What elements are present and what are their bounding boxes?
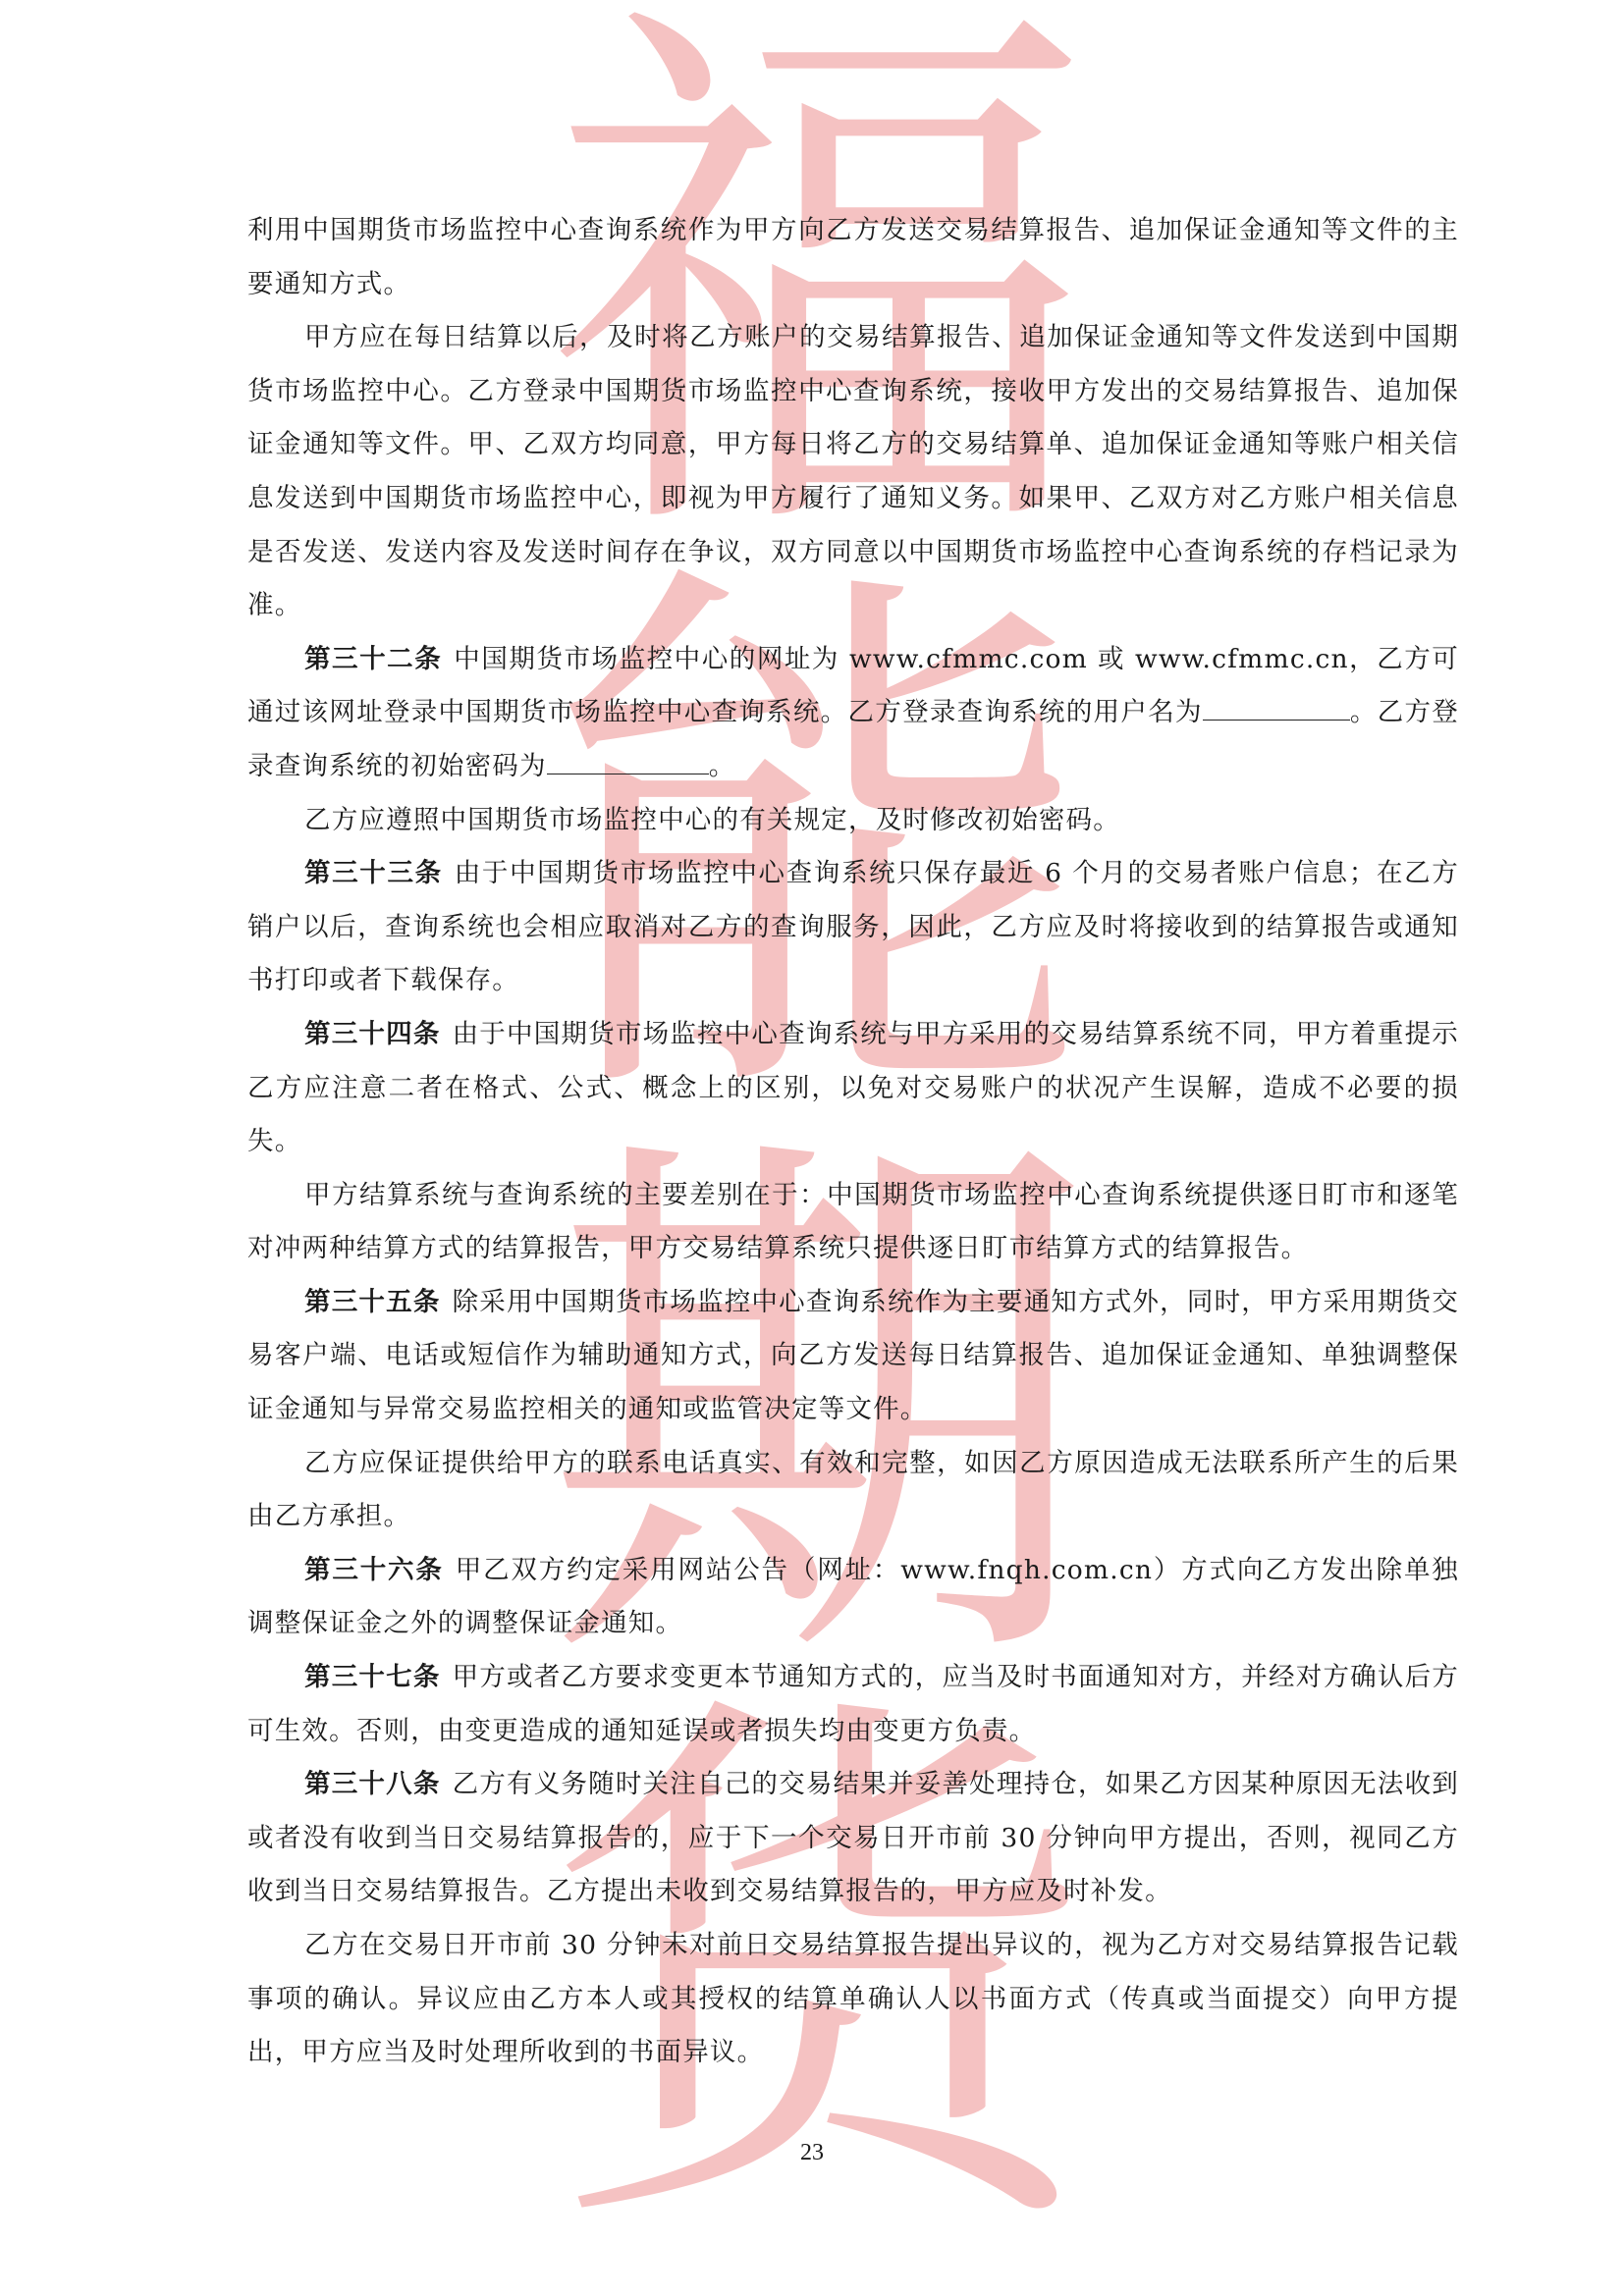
paragraph-text: 利用中国期货市场监控中心查询系统作为甲方向乙方发送交易结算报告、追加保证金通知等… xyxy=(247,215,1459,299)
username-blank-field[interactable] xyxy=(1203,698,1350,721)
article-heading: 第三十六条 xyxy=(304,1555,444,1585)
article-heading: 第三十七条 xyxy=(304,1662,441,1692)
password-blank-field[interactable] xyxy=(547,752,709,774)
paragraph: 乙方应遵照中国期货市场监控中心的有关规定，及时修改初始密码。 xyxy=(247,794,1459,848)
paragraph: 甲方应在每日结算以后，及时将乙方账户的交易结算报告、追加保证金通知等文件发送到中… xyxy=(247,311,1459,633)
article-36: 第三十六条甲乙双方约定采用网站公告（网址：www.fnqh.com.cn）方式向… xyxy=(247,1544,1459,1651)
article-heading: 第三十八条 xyxy=(304,1769,441,1799)
document-body: 利用中国期货市场监控中心查询系统作为甲方向乙方发送交易结算报告、追加保证金通知等… xyxy=(247,204,1459,2080)
paragraph-text: 乙方应遵照中国期货市场监控中心的有关规定，及时修改初始密码。 xyxy=(304,805,1120,835)
paragraph-text: 乙方在交易日开市前 30 分钟未对前日交易结算报告提出异议的，视为乙方对交易结算… xyxy=(247,1930,1459,2067)
article-35: 第三十五条除采用中国期货市场监控中心查询系统作为主要通知方式外，同时，甲方采用期… xyxy=(247,1276,1459,1437)
paragraph-text: 甲方结算系统与查询系统的主要差别在于：中国期货市场监控中心查询系统提供逐日盯市和… xyxy=(247,1180,1459,1264)
paragraph: 乙方在交易日开市前 30 分钟未对前日交易结算报告提出异议的，视为乙方对交易结算… xyxy=(247,1919,1459,2080)
article-heading: 第三十五条 xyxy=(304,1287,441,1317)
paragraph-text: 。 xyxy=(709,751,736,781)
article-heading: 第三十四条 xyxy=(304,1019,441,1049)
page-number: 23 xyxy=(0,2140,1624,2166)
article-38: 第三十八条乙方有义务随时关注自己的交易结果并妥善处理持仓，如果乙方因某种原因无法… xyxy=(247,1758,1459,1919)
paragraph-text: 乙方应保证提供给甲方的联系电话真实、有效和完整，如因乙方原因造成无法联系所产生的… xyxy=(247,1448,1459,1532)
paragraph: 乙方应保证提供给甲方的联系电话真实、有效和完整，如因乙方原因造成无法联系所产生的… xyxy=(247,1437,1459,1544)
paragraph: 甲方结算系统与查询系统的主要差别在于：中国期货市场监控中心查询系统提供逐日盯市和… xyxy=(247,1169,1459,1276)
article-32: 第三十二条中国期货市场监控中心的网址为 www.cfmmc.com 或 www.… xyxy=(247,633,1459,794)
article-heading: 第三十二条 xyxy=(304,644,442,674)
article-33: 第三十三条由于中国期货市场监控中心查询系统只保存最近 6 个月的交易者账户信息；… xyxy=(247,847,1459,1008)
paragraph-text: 甲方应在每日结算以后，及时将乙方账户的交易结算报告、追加保证金通知等文件发送到中… xyxy=(247,322,1459,620)
article-34: 第三十四条由于中国期货市场监控中心查询系统与甲方采用的交易结算系统不同，甲方着重… xyxy=(247,1008,1459,1169)
paragraph: 利用中国期货市场监控中心查询系统作为甲方向乙方发送交易结算报告、追加保证金通知等… xyxy=(247,204,1459,311)
article-heading: 第三十三条 xyxy=(304,858,443,888)
article-37: 第三十七条甲方或者乙方要求变更本节通知方式的，应当及时书面通知对方，并经对方确认… xyxy=(247,1651,1459,1758)
